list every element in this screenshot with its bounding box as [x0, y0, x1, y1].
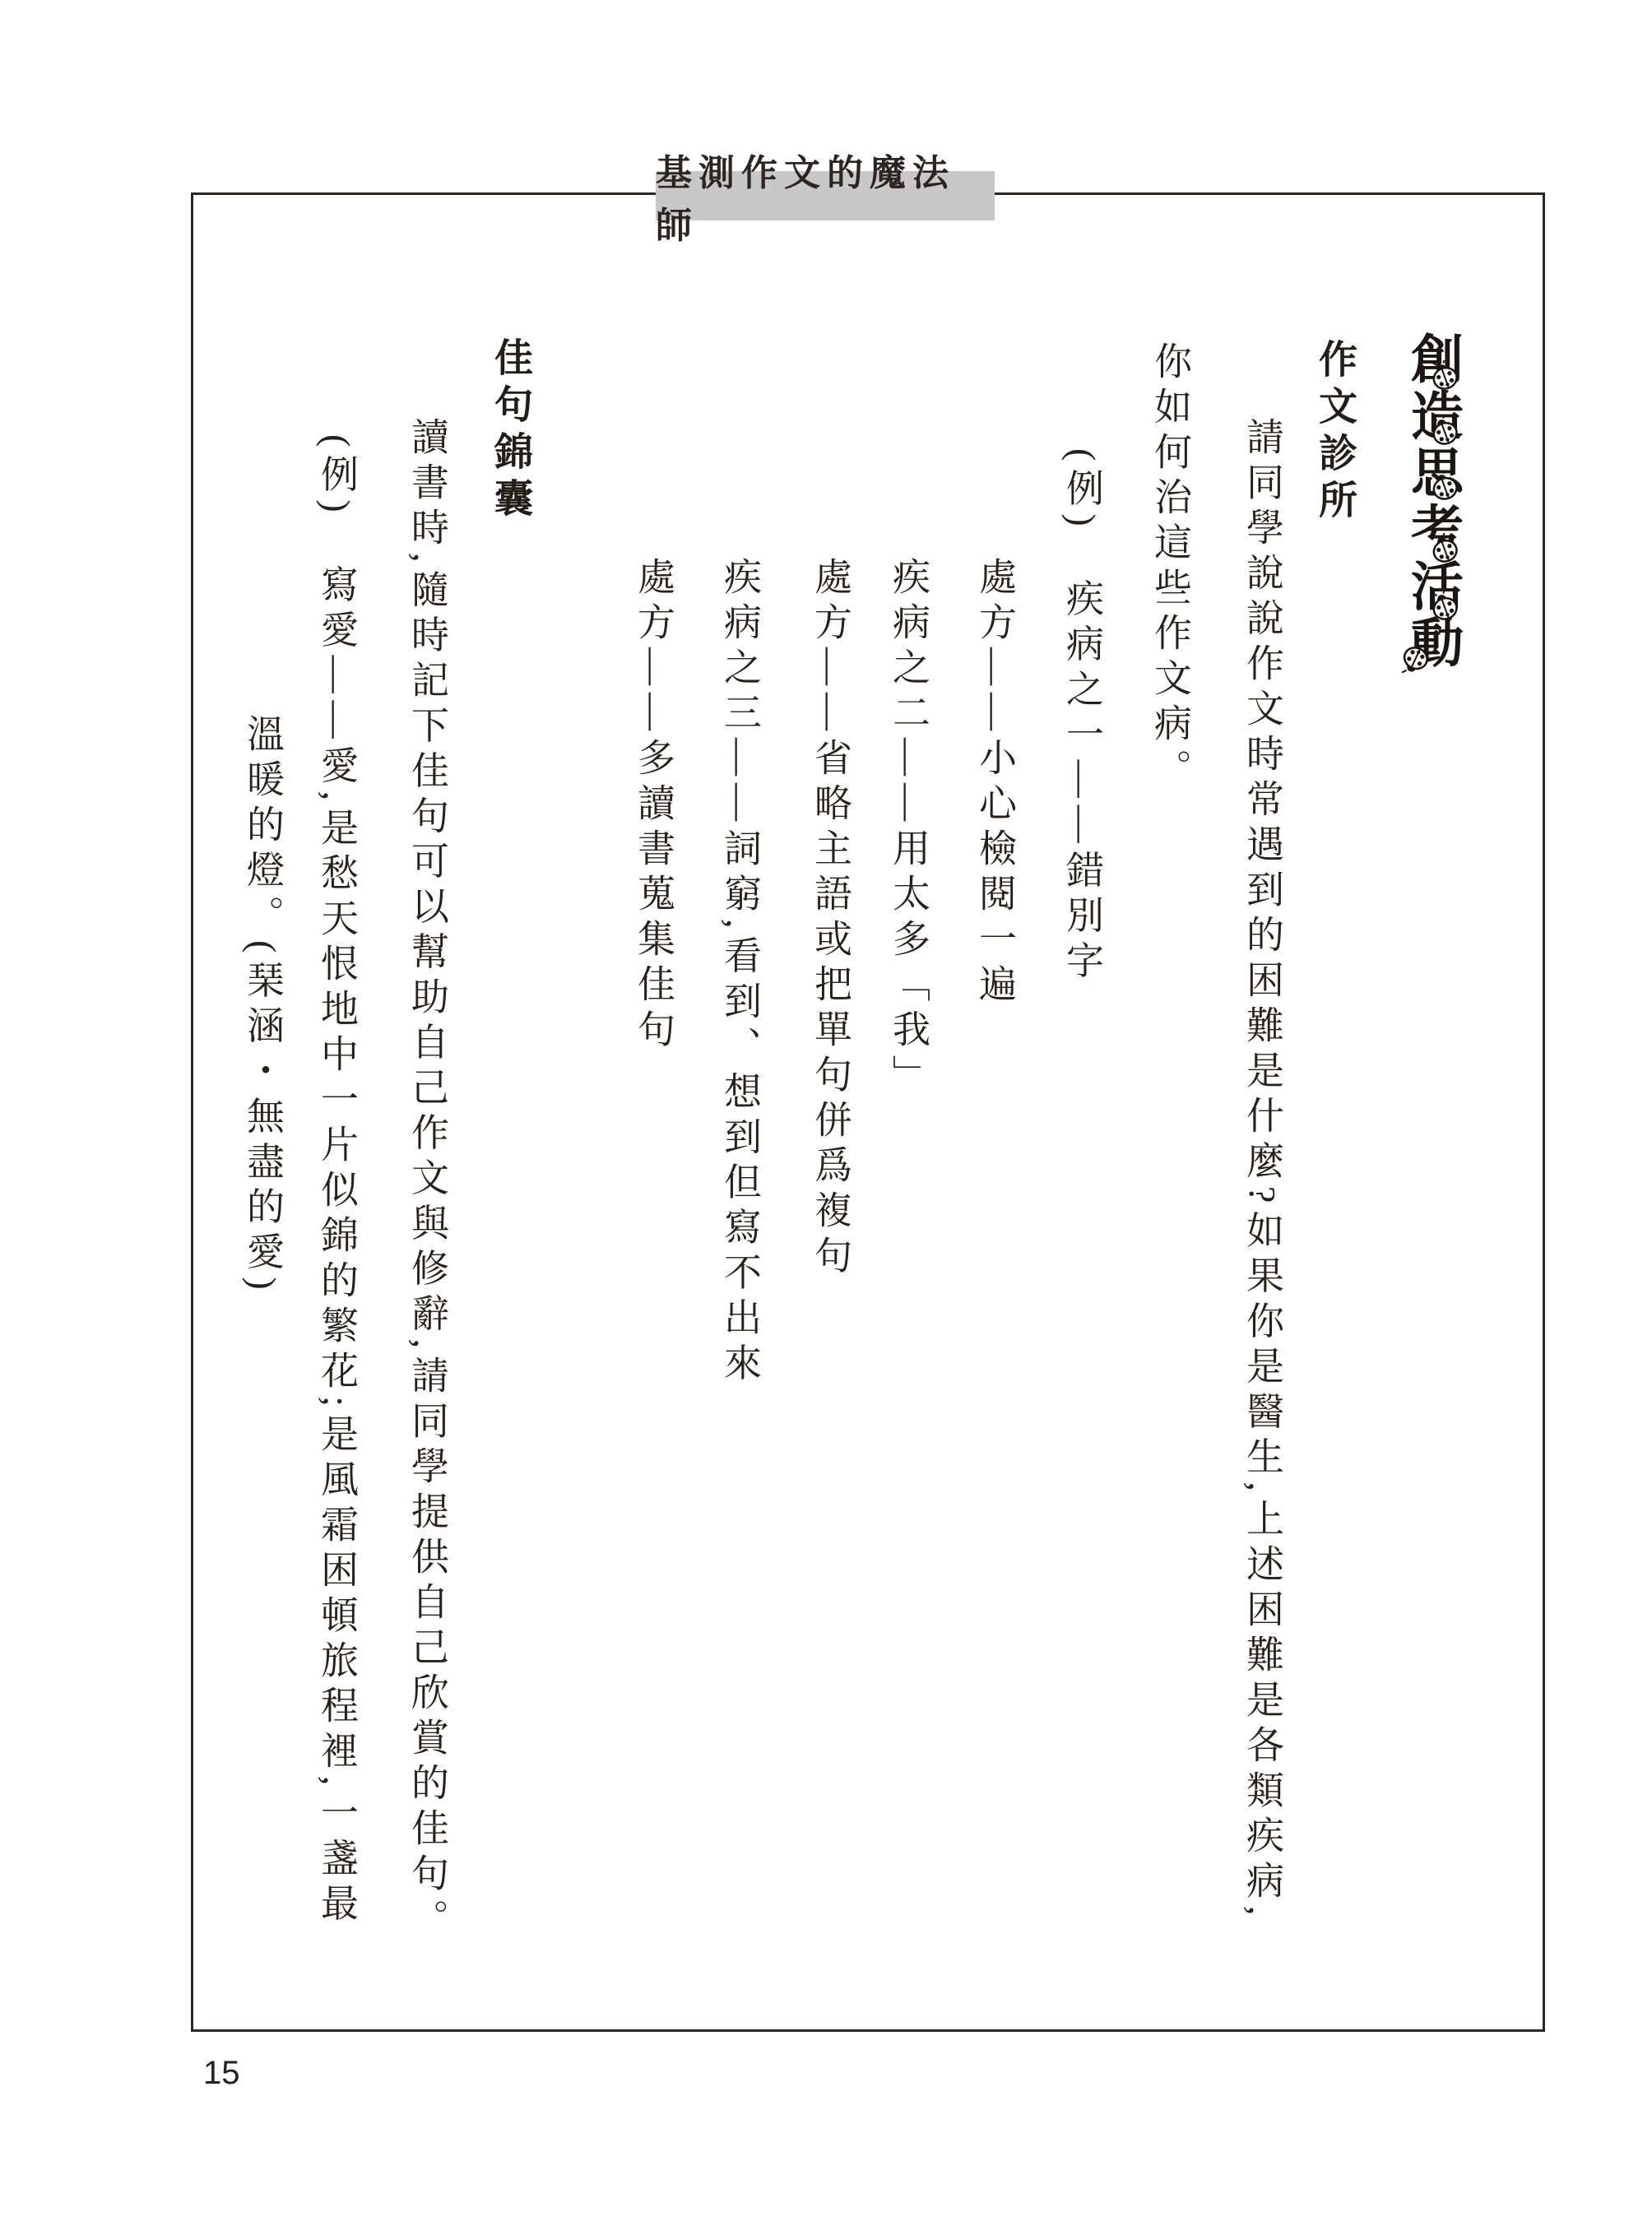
text-column-clinic-intro-2: 你如何治這些作文病。 [1151, 341, 1189, 794]
ladybug-icon [1428, 591, 1461, 620]
text-column-pouch-body: 讀書時,隨時記下佳句可以幫助自己作文與修辭,請同學提供自己欣賞的佳句。 [408, 417, 446, 1944]
section-heading-clinic: 作文診所 [1316, 339, 1355, 526]
text-column-pouch-example-2: 溫暖的燈。(琹涵・無盡的愛) [244, 714, 281, 1297]
book-title: 基測作文的魔法師 [656, 143, 995, 248]
ladybug-icon [1399, 643, 1432, 673]
text-column-pouch-example-1: (例) 寫愛——愛,是愁天恨地中一片似錦的繁花;是風霜困頓旅程裡,一盞最 [318, 434, 355, 1928]
ladybug-icon [1428, 533, 1461, 563]
text-column-remedy-3: 處方——多讀書蒐集佳句 [634, 557, 672, 1055]
text-column-remedy-1: 處方——小心檢閱一遍 [976, 557, 1014, 1009]
section-heading-pouch: 佳句錦囊 [492, 337, 531, 525]
text-column-clinic-intro-1: 請同學說說作文時常遇到的困難是什麼?如果你是醫生,上述困難是各類疾病, [1243, 417, 1281, 1922]
text-column-disease-2: 疾病之二——用太多「我」 [889, 557, 927, 1100]
ladybug-icon [1428, 471, 1461, 500]
book-page: 基測作文的魔法師 創造思考活動 作文診所 請同學說說作文時常遇到的困難是什麼?如… [0, 0, 1652, 2235]
page-number: 15 [203, 2055, 240, 2092]
ladybug-icon [1428, 415, 1461, 445]
text-column-disease-3: 疾病之三——詞窮,看到、想到但寫不出來 [721, 557, 759, 1389]
ladybug-icon [1428, 360, 1461, 390]
text-column-remedy-2: 處方——省略主語或把單句併爲複句 [811, 557, 849, 1281]
text-column-disease-1: (例) 疾病之一——錯別字 [1063, 448, 1101, 986]
page-header-tab: 基測作文的魔法師 [656, 171, 995, 220]
